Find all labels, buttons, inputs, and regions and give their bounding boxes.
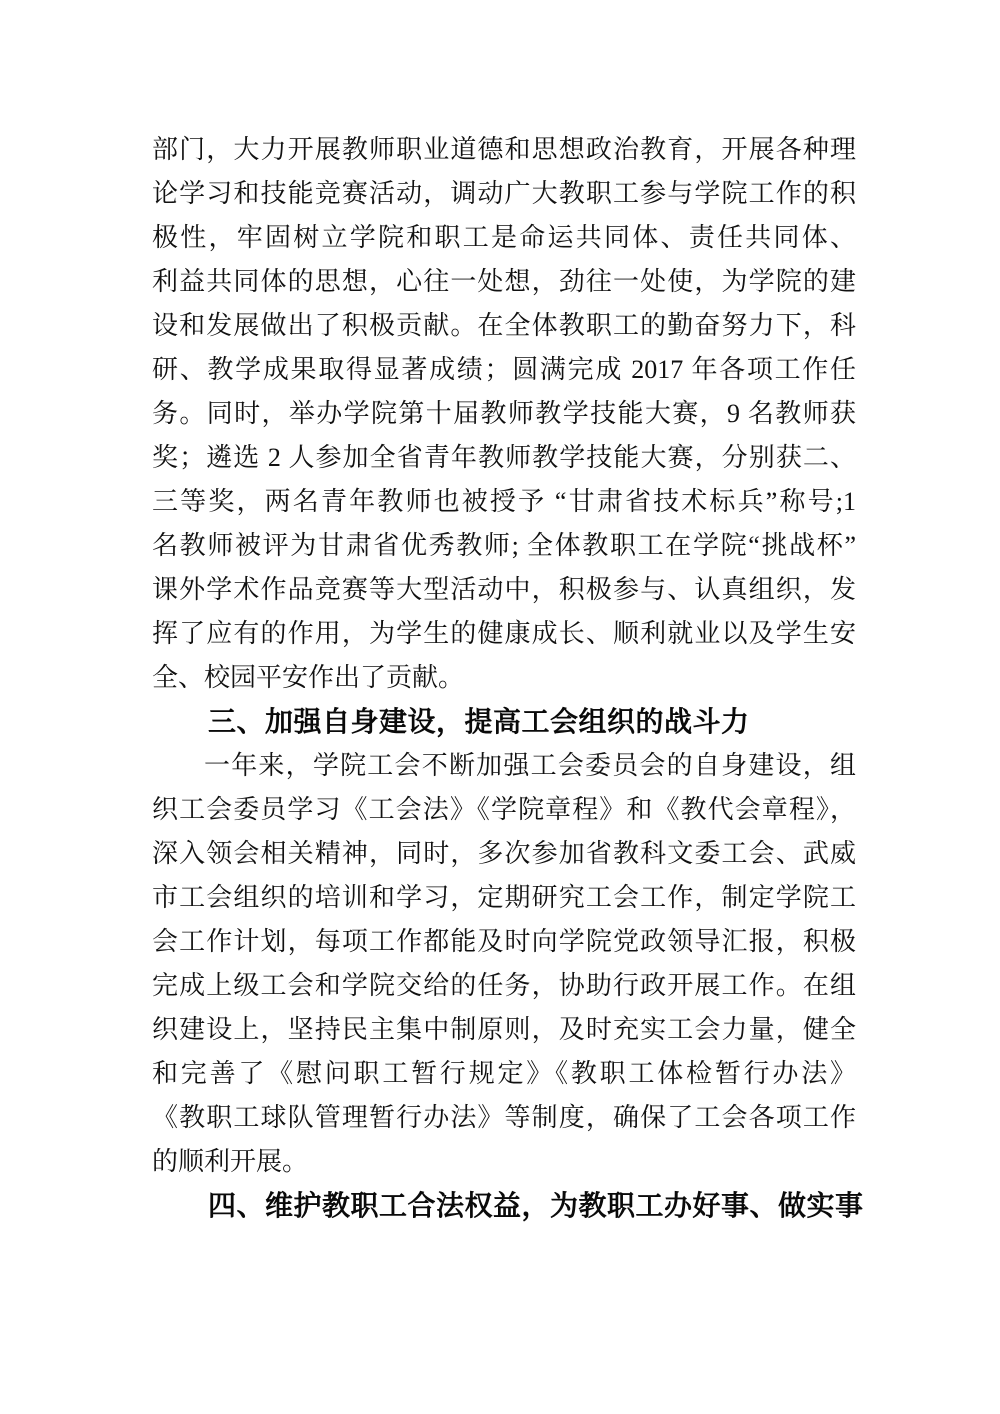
- text-line: 会工作计划，每项工作都能及时向学院党政领导汇报，积极: [152, 920, 856, 964]
- text-line: 论学习和技能竞赛活动，调动广大教职工参与学院工作的积: [152, 172, 856, 216]
- text-line: 深入领会相关精神，同时，多次参加省教科文委工会、武威: [152, 832, 856, 876]
- text-line: 研、教学成果取得显著成绩；圆满完成 2017 年各项工作任: [152, 348, 856, 392]
- document-page: 部门，大力开展教师职业道德和思想政治教育，开展各种理 论学习和技能竞赛活动，调动…: [0, 0, 1000, 1414]
- text-line: 设和发展做出了积极贡献。在全体教职工的勤奋努力下，科: [152, 304, 856, 348]
- paragraph-self-construction: 一年来，学院工会不断加强工会委员会的自身建设，组 织工会委员学习《工会法》《学院…: [152, 744, 856, 1184]
- section-heading-3: 三、加强自身建设，提高工会组织的战斗力: [152, 700, 856, 744]
- text-line: 《教职工球队管理暂行办法》等制度，确保了工会各项工作: [152, 1096, 856, 1140]
- text-line: 和完善了《慰问职工暂行规定》《教职工体检暂行办法》: [152, 1052, 856, 1096]
- text-line: 部门，大力开展教师职业道德和思想政治教育，开展各种理: [152, 128, 856, 172]
- paragraph-union-activities: 部门，大力开展教师职业道德和思想政治教育，开展各种理 论学习和技能竞赛活动，调动…: [152, 128, 856, 700]
- text-line: 极性，牢固树立学院和职工是命运共同体、责任共同体、: [152, 216, 856, 260]
- section-heading-4: 四、维护教职工合法权益，为教职工办好事、做实事: [152, 1184, 856, 1228]
- text-line: 务。同时，举办学院第十届教师教学技能大赛，9 名教师获: [152, 392, 856, 436]
- text-line: 三等奖，两名青年教师也被授予 “甘肃省技术标兵”称号;1: [152, 480, 856, 524]
- text-line: 完成上级工会和学院交给的任务，协助行政开展工作。在组: [152, 964, 856, 1008]
- page-text-block: 部门，大力开展教师职业道德和思想政治教育，开展各种理 论学习和技能竞赛活动，调动…: [152, 128, 856, 1228]
- text-line: 挥了应有的作用，为学生的健康成长、顺利就业以及学生安: [152, 612, 856, 656]
- text-line: 名教师被评为甘肃省优秀教师; 全体教职工在学院“挑战杯”: [152, 524, 856, 568]
- text-line-first-indented: 一年来，学院工会不断加强工会委员会的自身建设，组: [152, 744, 856, 788]
- text-line: 利益共同体的思想，心往一处想，劲往一处使，为学院的建: [152, 260, 856, 304]
- text-line: 奖；遴选 2 人参加全省青年教师教学技能大赛，分别获二、: [152, 436, 856, 480]
- text-line: 市工会组织的培训和学习，定期研究工会工作，制定学院工: [152, 876, 856, 920]
- text-line-paragraph-end: 的顺利开展。: [152, 1140, 856, 1184]
- text-line: 织建设上，坚持民主集中制原则，及时充实工会力量，健全: [152, 1008, 856, 1052]
- text-line: 课外学术作品竞赛等大型活动中，积极参与、认真组织，发: [152, 568, 856, 612]
- text-line-paragraph-end: 全、校园平安作出了贡献。: [152, 656, 856, 700]
- text-line: 织工会委员学习《工会法》《学院章程》和《教代会章程》，: [152, 788, 856, 832]
